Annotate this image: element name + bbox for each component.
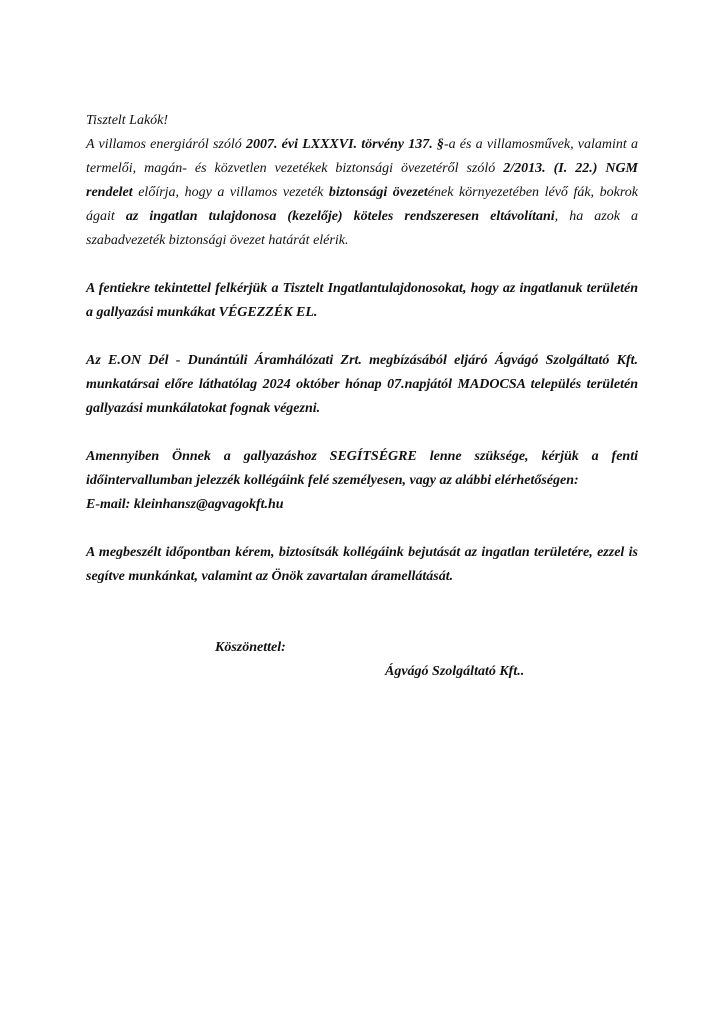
email-label: E-mail:	[86, 497, 134, 512]
email-line: E-mail: kleinhansz@agvagokft.hu	[86, 493, 638, 517]
signature: Ágvágó Szolgáltató Kft..	[385, 664, 524, 680]
paragraph-help: Amennyiben Önnek a gallyazáshoz SEGÍTSÉG…	[86, 445, 638, 493]
text: A villamos energiáról szóló	[86, 137, 246, 152]
obligation: az ingatlan tulajdonosa (kezelője) kötel…	[126, 209, 555, 224]
closing: Köszönettel:	[215, 640, 286, 656]
paragraph-request: A fentiekre tekintettel felkérjük a Tisz…	[86, 277, 638, 325]
greeting: Tisztelt Lakók!	[86, 109, 638, 133]
emphasis: biztonsági övezet	[329, 185, 428, 200]
paragraph-legal-basis: A villamos energiáról szóló 2007. évi LX…	[86, 133, 638, 253]
email-address[interactable]: kleinhansz@agvagokft.hu	[134, 497, 284, 512]
paragraph-access: A megbeszélt időpontban kérem, biztosíts…	[86, 541, 638, 589]
letter-body: Tisztelt Lakók! A villamos energiáról sz…	[86, 109, 638, 589]
text: előírja, hogy a villamos vezeték	[133, 185, 329, 200]
paragraph-schedule: Az E.ON Dél - Dunántúli Áramhálózati Zrt…	[86, 349, 638, 421]
law-reference: 2007. évi LXXXVI. törvény 137. §	[246, 137, 444, 152]
